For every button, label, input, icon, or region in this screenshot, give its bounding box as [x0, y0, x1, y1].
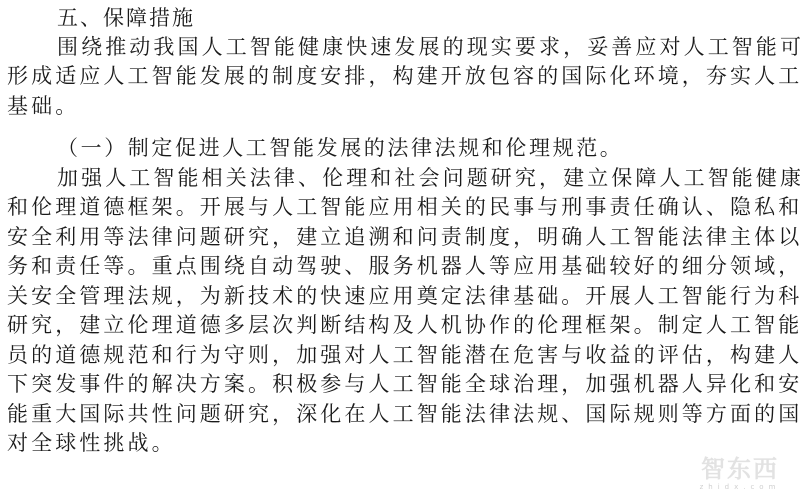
document-page: 五、保障措施 围绕推动我国人工智能健康快速发展的现实要求，妥善应对人工智能可能带… [0, 0, 800, 502]
body-line-5: 关安全管理法规，为新技术的快速应用奠定法律基础。开展人工智能行为科学和伦理等问题 [7, 284, 800, 308]
body-line-10: 对全球性挑战。 [7, 431, 176, 455]
intro-line-2: 形成适应人工智能发展的制度安排，构建开放包容的国际化环境，夯实人工智能发展的社会 [7, 64, 800, 88]
body-line-4: 务和责任等。重点围绕自动驾驶、服务机器人等应用基础较好的细分领域，加快研究制定相 [7, 254, 800, 278]
watermark-logo: 智东西 zhidx.com [690, 456, 790, 496]
body-line-8: 下突发事件的解决方案。积极参与人工智能全球治理，加强机器人异化和安全监管等人工智 [7, 372, 800, 396]
body-line-9: 能重大国际共性问题研究，深化在人工智能法律法规、国际规则等方面的国际合作，共同应 [7, 402, 800, 426]
body-line-6: 研究，建立伦理道德多层次判断结构及人机协作的伦理框架。制定人工智能产品研发设计人 [7, 313, 800, 337]
intro-line-1: 围绕推动我国人工智能健康快速发展的现实要求，妥善应对人工智能可能带来的挑战， [57, 35, 800, 59]
body-line-2: 和伦理道德框架。开展与人工智能应用相关的民事与刑事责任确认、隐私和产权保护、信息 [7, 195, 800, 219]
watermark-url: zhidx.com [690, 482, 790, 492]
body-line-7: 员的道德规范和行为守则，加强对人工智能潜在危害与收益的评估，构建人工智能复杂场景 [7, 343, 800, 367]
subsection-title: （一）制定促进人工智能发展的法律法规和伦理规范。 [57, 136, 623, 160]
section-title: 五、保障措施 [57, 6, 195, 30]
body-line-3: 安全利用等法律问题研究，建立追溯和问责制度，明确人工智能法律主体以及相关权利、义 [7, 225, 800, 249]
watermark-text: 智东西 [690, 456, 790, 482]
body-line-1: 加强人工智能相关法律、伦理和社会问题研究，建立保障人工智能健康发展的法律法规 [57, 166, 800, 190]
intro-line-3: 基础。 [7, 94, 79, 118]
